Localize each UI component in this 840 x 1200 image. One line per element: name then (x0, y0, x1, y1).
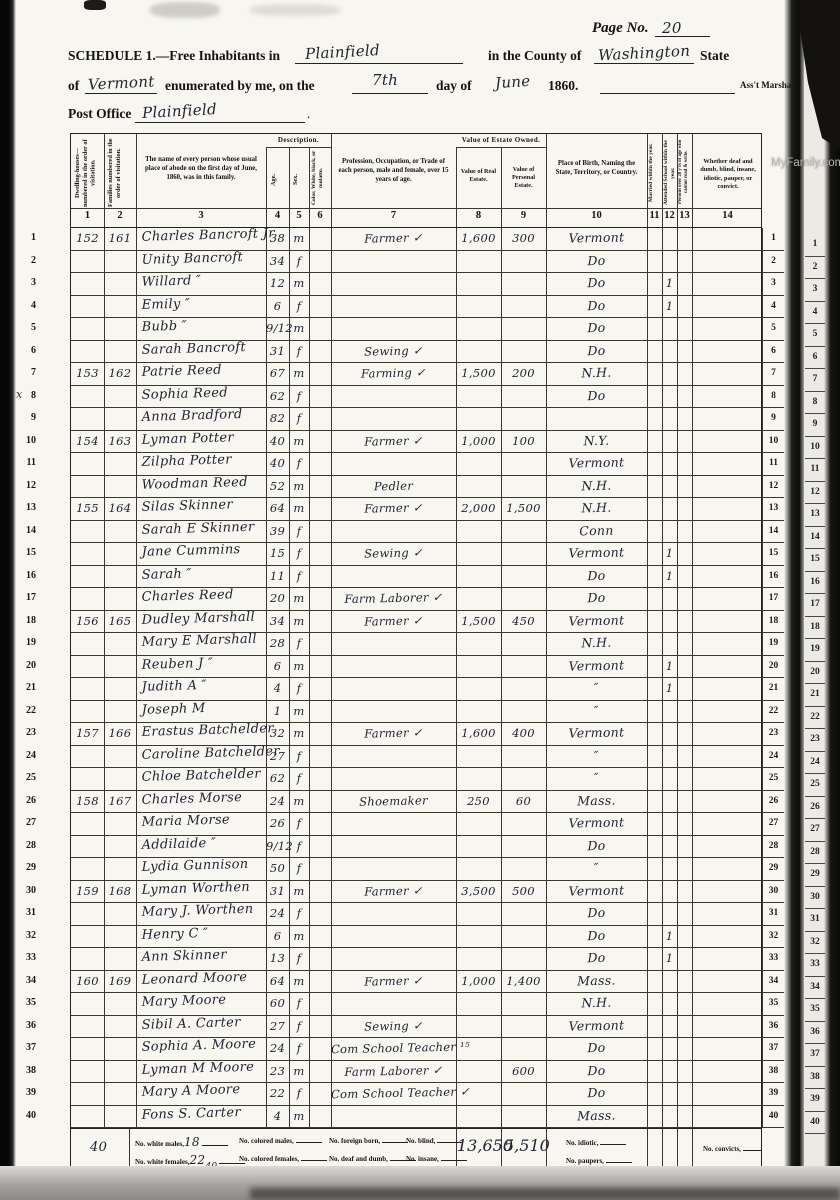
right-row-number: 17 (762, 588, 784, 611)
cell-name: Patrie Reed (135, 359, 272, 385)
description-band: Description. (266, 134, 331, 148)
left-row-number: 21 (20, 682, 36, 693)
cell-occ (331, 564, 456, 589)
cell-s12 (662, 341, 677, 364)
cell-occ (331, 902, 456, 927)
cell-fam (104, 1016, 136, 1039)
cell-pe (501, 746, 546, 769)
next-page-row-number: 33 (805, 954, 825, 977)
cell-dw: 152 (71, 228, 104, 251)
cell-s12 (662, 363, 677, 386)
cell-pe (501, 543, 546, 566)
cell-name: Mary J. Worthen (135, 899, 272, 925)
cell-s12 (662, 1061, 677, 1084)
table-row: Henry C ″6mDo1 (71, 926, 761, 949)
cell-occ: Farmer ✓ (331, 497, 456, 522)
cell-occ (331, 249, 456, 274)
cell-pe: 300 (501, 228, 546, 251)
cell-sex: f (289, 408, 309, 431)
cell-name: Judith A ″ (135, 674, 272, 700)
next-page-row-number: 24 (805, 752, 825, 775)
right-row-number: 34 (762, 971, 784, 994)
right-row-number: 8 (762, 386, 784, 409)
cell-fam (104, 588, 136, 611)
cell-occ (331, 834, 456, 859)
cell-pe: 600 (501, 1061, 546, 1084)
cell-pe (501, 251, 546, 274)
next-page-row-number: 1 (805, 234, 825, 257)
table-row: Emily ″6fDo1 (71, 296, 761, 319)
cell-dw (71, 566, 104, 589)
cell-occ: Sewing ✓ (331, 542, 456, 567)
cell-birth: Vermont (546, 1014, 647, 1039)
cell-pe (501, 566, 546, 589)
cell-name: Ann Skinner (135, 944, 272, 970)
table-row: 158167Charles Morse24mShoemaker25060Mass… (71, 791, 761, 814)
cell-pe (501, 903, 546, 926)
cell-dw: 157 (71, 723, 104, 746)
cell-re: 1,000 (456, 431, 501, 454)
cell-re (456, 948, 501, 971)
cell-dw (71, 1061, 104, 1084)
table-row: 156165Dudley Marshall34mFarmer ✓1,500450… (71, 611, 761, 634)
cell-occ (331, 947, 456, 972)
table-row: Mary A Moore22fCom School Teacher ✓Do (71, 1083, 761, 1106)
census-page-scan: Page No. 20 SCHEDULE 1.—Free Inhabitants… (0, 0, 840, 1200)
cell-dw (71, 678, 104, 701)
cell-s12 (662, 453, 677, 476)
next-page-row-number: 20 (805, 662, 825, 685)
cell-s12: 1 (662, 543, 677, 566)
white-males-value: 18 (184, 1135, 200, 1149)
cell-re: 3,500 (456, 881, 501, 904)
cell-s12 (662, 813, 677, 836)
cell-sex: f (289, 251, 309, 274)
right-row-number: 1 (762, 228, 784, 251)
cell-dw (71, 296, 104, 319)
left-row-number: 17 (20, 592, 36, 603)
cell-dw (71, 701, 104, 724)
cell-age: 4 (266, 1106, 289, 1129)
cell-s12 (662, 251, 677, 274)
cell-s12 (662, 971, 677, 994)
cell-dw: 154 (71, 431, 104, 454)
table-row: Bubb ″9/12mDo (71, 318, 761, 341)
cell-fam (104, 341, 136, 364)
cell-dw (71, 386, 104, 409)
cell-s12 (662, 701, 677, 724)
watermark: MyFamily.com (771, 157, 840, 169)
cell-name: Lydia Gunnison (135, 854, 272, 880)
cell-sex: f (289, 948, 309, 971)
cell-dw: 156 (71, 611, 104, 634)
next-page-row-number: 37 (805, 1044, 825, 1067)
cell-pe (501, 1038, 546, 1061)
col-header-personal-estate: Value of Personal Estate. (503, 166, 544, 190)
next-page-row-number: 27 (805, 819, 825, 842)
cell-pe (501, 453, 546, 476)
next-page-row-number: 28 (805, 842, 825, 865)
cell-pe (501, 948, 546, 971)
cell-s12 (662, 498, 677, 521)
table-row: Reuben J ″6mVermont1 (71, 656, 761, 679)
left-row-number: 30 (20, 885, 36, 896)
cell-re: 1,500 (456, 363, 501, 386)
next-page-row-number: 16 (805, 572, 825, 595)
right-row-number: 12 (762, 476, 784, 499)
cell-sex: f (289, 768, 309, 791)
cell-dw (71, 656, 104, 679)
left-row-number: 18 (20, 615, 36, 626)
cell-re (456, 1016, 501, 1039)
cell-birth: Mass. (546, 969, 647, 994)
cell-sex: m (289, 588, 309, 611)
table-row: 155164Silas Skinner64mFarmer ✓2,0001,500… (71, 498, 761, 521)
col-header-family: Families numbered in the order of visita… (107, 138, 133, 208)
cell-sex: m (289, 723, 309, 746)
book-gutter-shadow (784, 0, 806, 1200)
cell-re (456, 273, 501, 296)
cell-birth: Do (546, 1059, 647, 1084)
right-row-number: 15 (762, 543, 784, 566)
next-page-row-number: 18 (805, 617, 825, 640)
left-row-number: 24 (20, 750, 36, 761)
cell-sex: f (289, 1016, 309, 1039)
table-row: Addilaide ″9/12fDo (71, 836, 761, 859)
cell-name: Maria Morse (135, 809, 272, 835)
cell-dw (71, 1083, 104, 1106)
cell-pe: 200 (501, 363, 546, 386)
cell-occ (331, 857, 456, 882)
cell-pe (501, 768, 546, 791)
marshal-rule (600, 79, 735, 94)
cell-birth: Vermont (546, 452, 647, 477)
cell-s12 (662, 836, 677, 859)
left-row-number: 11 (20, 457, 36, 468)
cell-pe (501, 1106, 546, 1129)
cell-sex: m (289, 611, 309, 634)
cell-re: 2,000 (456, 498, 501, 521)
cell-birth: Do (546, 587, 647, 612)
next-page-row-number: 17 (805, 594, 825, 617)
cell-s12 (662, 408, 677, 431)
next-page-row-number: 9 (805, 414, 825, 437)
col-header-school: Attended School within the year. (663, 138, 676, 208)
cell-fam: 165 (104, 611, 136, 634)
table-row: Charles Reed20mFarm Laborer ✓Do (71, 588, 761, 611)
cell-fam (104, 926, 136, 949)
table-row: Unity Bancroft34fDo (71, 251, 761, 274)
cell-name: Jane Cummins (135, 539, 272, 565)
cell-dw (71, 948, 104, 971)
cell-re (456, 926, 501, 949)
cell-sex: f (289, 836, 309, 859)
left-row-number: 15 (20, 547, 36, 558)
cell-fam (104, 296, 136, 319)
cell-birth: Vermont (546, 722, 647, 747)
cell-birth: Do (546, 1037, 647, 1062)
cell-fam (104, 858, 136, 881)
cell-sex: f (289, 903, 309, 926)
table-row: 152161Charles Bancroft Jr38mFarmer ✓1,60… (71, 228, 761, 251)
post-office-label: Post Office (68, 106, 131, 122)
right-row-number: 37 (762, 1038, 784, 1061)
cell-sex: f (289, 521, 309, 544)
cell-occ (331, 384, 456, 409)
scan-bottom-shadow (250, 1188, 840, 1200)
right-row-number: 16 (762, 566, 784, 589)
idiotic-label: No. idiotic, (566, 1137, 626, 1147)
table-row: Jane Cummins15fSewing ✓Vermont1 (71, 543, 761, 566)
cell-fam (104, 1061, 136, 1084)
of-label: of (68, 78, 79, 94)
cell-occ: Farmer ✓ (331, 722, 456, 747)
cell-pe (501, 296, 546, 319)
cell-birth: ″ (546, 767, 647, 792)
page-no-rule (655, 22, 710, 37)
cell-occ: Sewing ✓ (331, 1014, 456, 1039)
state-rule (85, 79, 157, 94)
cell-sex: m (289, 476, 309, 499)
right-row-number: 11 (762, 453, 784, 476)
right-row-number: 5 (762, 318, 784, 341)
cell-dw (71, 746, 104, 769)
cell-name: Fons S. Carter (135, 1102, 272, 1128)
cell-occ: Com School Teacher ¹⁵ (331, 1037, 456, 1062)
table-row: 153162Patrie Reed67mFarming ✓1,500200N.H… (71, 363, 761, 386)
cell-re (456, 453, 501, 476)
cell-pe (501, 1083, 546, 1106)
state-word: State (700, 48, 729, 64)
right-row-number: 3 (762, 273, 784, 296)
cell-fam (104, 633, 136, 656)
right-row-number: 18 (762, 611, 784, 634)
month-handwritten: June (494, 72, 531, 92)
cell-s12: 1 (662, 273, 677, 296)
cell-fam (104, 453, 136, 476)
cell-pe (501, 678, 546, 701)
cell-s12 (662, 476, 677, 499)
cell-dw (71, 1038, 104, 1061)
cell-birth: Vermont (546, 542, 647, 567)
left-row-number: 12 (20, 480, 36, 491)
cell-occ (331, 699, 456, 724)
cell-fam (104, 408, 136, 431)
col-header-dwelling: Dwelling-houses—numbered in the order of… (74, 138, 101, 208)
cell-sex: m (289, 363, 309, 386)
cell-sex: m (289, 791, 309, 814)
cell-pe (501, 633, 546, 656)
cell-re (456, 858, 501, 881)
cell-dw (71, 926, 104, 949)
col-header-condition: Whether deaf and dumb, blind, insane, id… (695, 158, 761, 191)
right-row-number: 14 (762, 521, 784, 544)
table-row: 160169Leonard Moore64mFarmer ✓1,0001,400… (71, 971, 761, 994)
left-row-number: 14 (20, 525, 36, 536)
right-row-number: 30 (762, 881, 784, 904)
cell-fam (104, 701, 136, 724)
cell-re (456, 543, 501, 566)
cell-birth: N.H. (546, 992, 647, 1017)
cell-re (456, 656, 501, 679)
cell-s12 (662, 588, 677, 611)
cell-sex: m (289, 1106, 309, 1129)
cell-sex: m (289, 1061, 309, 1084)
col-header-illiterate: Persons over 20 y'rs of age who cannot r… (678, 136, 691, 208)
right-row-number: 2 (762, 251, 784, 274)
cell-sex: f (289, 386, 309, 409)
cell-re: 1,000 (456, 971, 501, 994)
cell-birth: N.H. (546, 497, 647, 522)
cell-birth: N.Y. (546, 429, 647, 454)
cell-dw: 160 (71, 971, 104, 994)
left-row-number: 7 (20, 367, 36, 378)
cell-name: Anna Bradford (135, 404, 272, 430)
cell-fam (104, 993, 136, 1016)
cell-pe (501, 386, 546, 409)
cell-s12: 1 (662, 948, 677, 971)
cell-s12 (662, 611, 677, 634)
paupers-label: No. paupers, (566, 1155, 632, 1165)
table-row: 154163Lyman Potter40mFarmer ✓1,000100N.Y… (71, 431, 761, 454)
cell-s12 (662, 1106, 677, 1129)
table-row: Zilpha Potter40fVermont (71, 453, 761, 476)
cell-s12 (662, 723, 677, 746)
cell-birth: Do (546, 317, 647, 342)
cell-sex: f (289, 633, 309, 656)
cell-re (456, 318, 501, 341)
cell-dw (71, 903, 104, 926)
cell-fam: 167 (104, 791, 136, 814)
right-row-number: 39 (762, 1083, 784, 1106)
enumerated-label: enumerated by me, on the (165, 78, 315, 94)
cell-pe: 60 (501, 791, 546, 814)
left-row-number: 19 (20, 637, 36, 648)
left-row-number: 4 (20, 300, 36, 311)
next-page-row-number: 26 (805, 797, 825, 820)
cell-sex: f (289, 1083, 309, 1106)
cell-dw (71, 318, 104, 341)
cell-birth: Conn (546, 519, 647, 544)
cell-dw (71, 588, 104, 611)
right-row-number: 38 (762, 1061, 784, 1084)
next-page-row-number: 22 (805, 707, 825, 730)
pencil-smudge (250, 4, 340, 16)
cell-pe (501, 476, 546, 499)
cell-dw (71, 251, 104, 274)
cell-dw (71, 1016, 104, 1039)
cell-sex: f (289, 858, 309, 881)
cell-birth: N.H. (546, 632, 647, 657)
table-row: Lyman M Moore23mFarm Laborer ✓600Do (71, 1061, 761, 1084)
cell-re (456, 1106, 501, 1129)
cell-sex: m (289, 656, 309, 679)
next-page-row-number: 25 (805, 774, 825, 797)
cell-fam (104, 678, 136, 701)
cell-fam (104, 746, 136, 769)
next-page-row-number: 15 (805, 549, 825, 572)
cell-occ: Com School Teacher ✓ (331, 1082, 456, 1107)
right-row-number: 13 (762, 498, 784, 521)
right-row-number: 35 (762, 993, 784, 1016)
cell-dw (71, 453, 104, 476)
cell-s12 (662, 858, 677, 881)
cell-name: Charles Bancroft Jr (135, 224, 272, 250)
table-row: Maria Morse26fVermont (71, 813, 761, 836)
cell-s12 (662, 318, 677, 341)
left-row-number: 20 (20, 660, 36, 671)
col-header-married: Married within the year. (648, 138, 661, 208)
cell-s12 (662, 228, 677, 251)
cell-sex: f (289, 746, 309, 769)
cell-name: Bubb ″ (135, 314, 272, 340)
cell-dw (71, 1106, 104, 1129)
cell-re (456, 768, 501, 791)
table-row: Fons S. Carter4mMass. (71, 1106, 761, 1129)
cell-birth: Vermont (546, 812, 647, 837)
cell-pe (501, 926, 546, 949)
cell-occ: Farm Laborer ✓ (331, 587, 456, 612)
cell-re (456, 678, 501, 701)
cell-s12: 1 (662, 566, 677, 589)
cell-fam (104, 251, 136, 274)
table-row: 157166Erastus Batchelder32mFarmer ✓1,600… (71, 723, 761, 746)
cell-re: 1,600 (456, 723, 501, 746)
next-page-row-number: 5 (805, 324, 825, 347)
next-page-row-number: 4 (805, 302, 825, 325)
cell-dw: 158 (71, 791, 104, 814)
cell-dw (71, 633, 104, 656)
right-row-number: 20 (762, 656, 784, 679)
left-row-number: 38 (20, 1065, 36, 1076)
next-page-row-number: 30 (805, 887, 825, 910)
next-page-row-number: 12 (805, 482, 825, 505)
table-row: Chloe Batchelder62f″ (71, 768, 761, 791)
cell-s12 (662, 1016, 677, 1039)
right-row-number: 7 (762, 363, 784, 386)
cell-name: Mary E Marshall (135, 629, 272, 655)
cell-occ (331, 519, 456, 544)
cell-re (456, 836, 501, 859)
left-row-number: 6 (20, 345, 36, 356)
cell-pe (501, 408, 546, 431)
left-row-number: 36 (20, 1020, 36, 1031)
cell-s12: 1 (662, 656, 677, 679)
cell-occ (331, 677, 456, 702)
right-row-number: 40 (762, 1106, 784, 1129)
cell-birth: Do (546, 947, 647, 972)
cell-birth: Do (546, 384, 647, 409)
left-row-number: 34 (20, 975, 36, 986)
cell-occ (331, 272, 456, 297)
post-office-period: . (307, 106, 310, 122)
cell-occ: Pedler (331, 474, 456, 499)
table-header: Description. Value of Estate Owned. Dwel… (70, 133, 762, 228)
cell-fam (104, 273, 136, 296)
cell-sex: f (289, 543, 309, 566)
cell-birth: Do (546, 564, 647, 589)
cell-re (456, 1038, 501, 1061)
post-office-rule (135, 108, 305, 123)
col-header-color: Color, White, black, or mulatto. (311, 148, 329, 208)
cell-name: Zilpha Potter (135, 449, 272, 475)
cell-pe (501, 836, 546, 859)
next-page-row-number: 21 (805, 684, 825, 707)
locality-rule (295, 49, 463, 64)
census-rows: 152161Charles Bancroft Jr38mFarmer ✓1,60… (70, 228, 762, 1128)
cell-fam (104, 1083, 136, 1106)
totals-footer: No. white males,18 No. colored males, No… (70, 1128, 762, 1167)
